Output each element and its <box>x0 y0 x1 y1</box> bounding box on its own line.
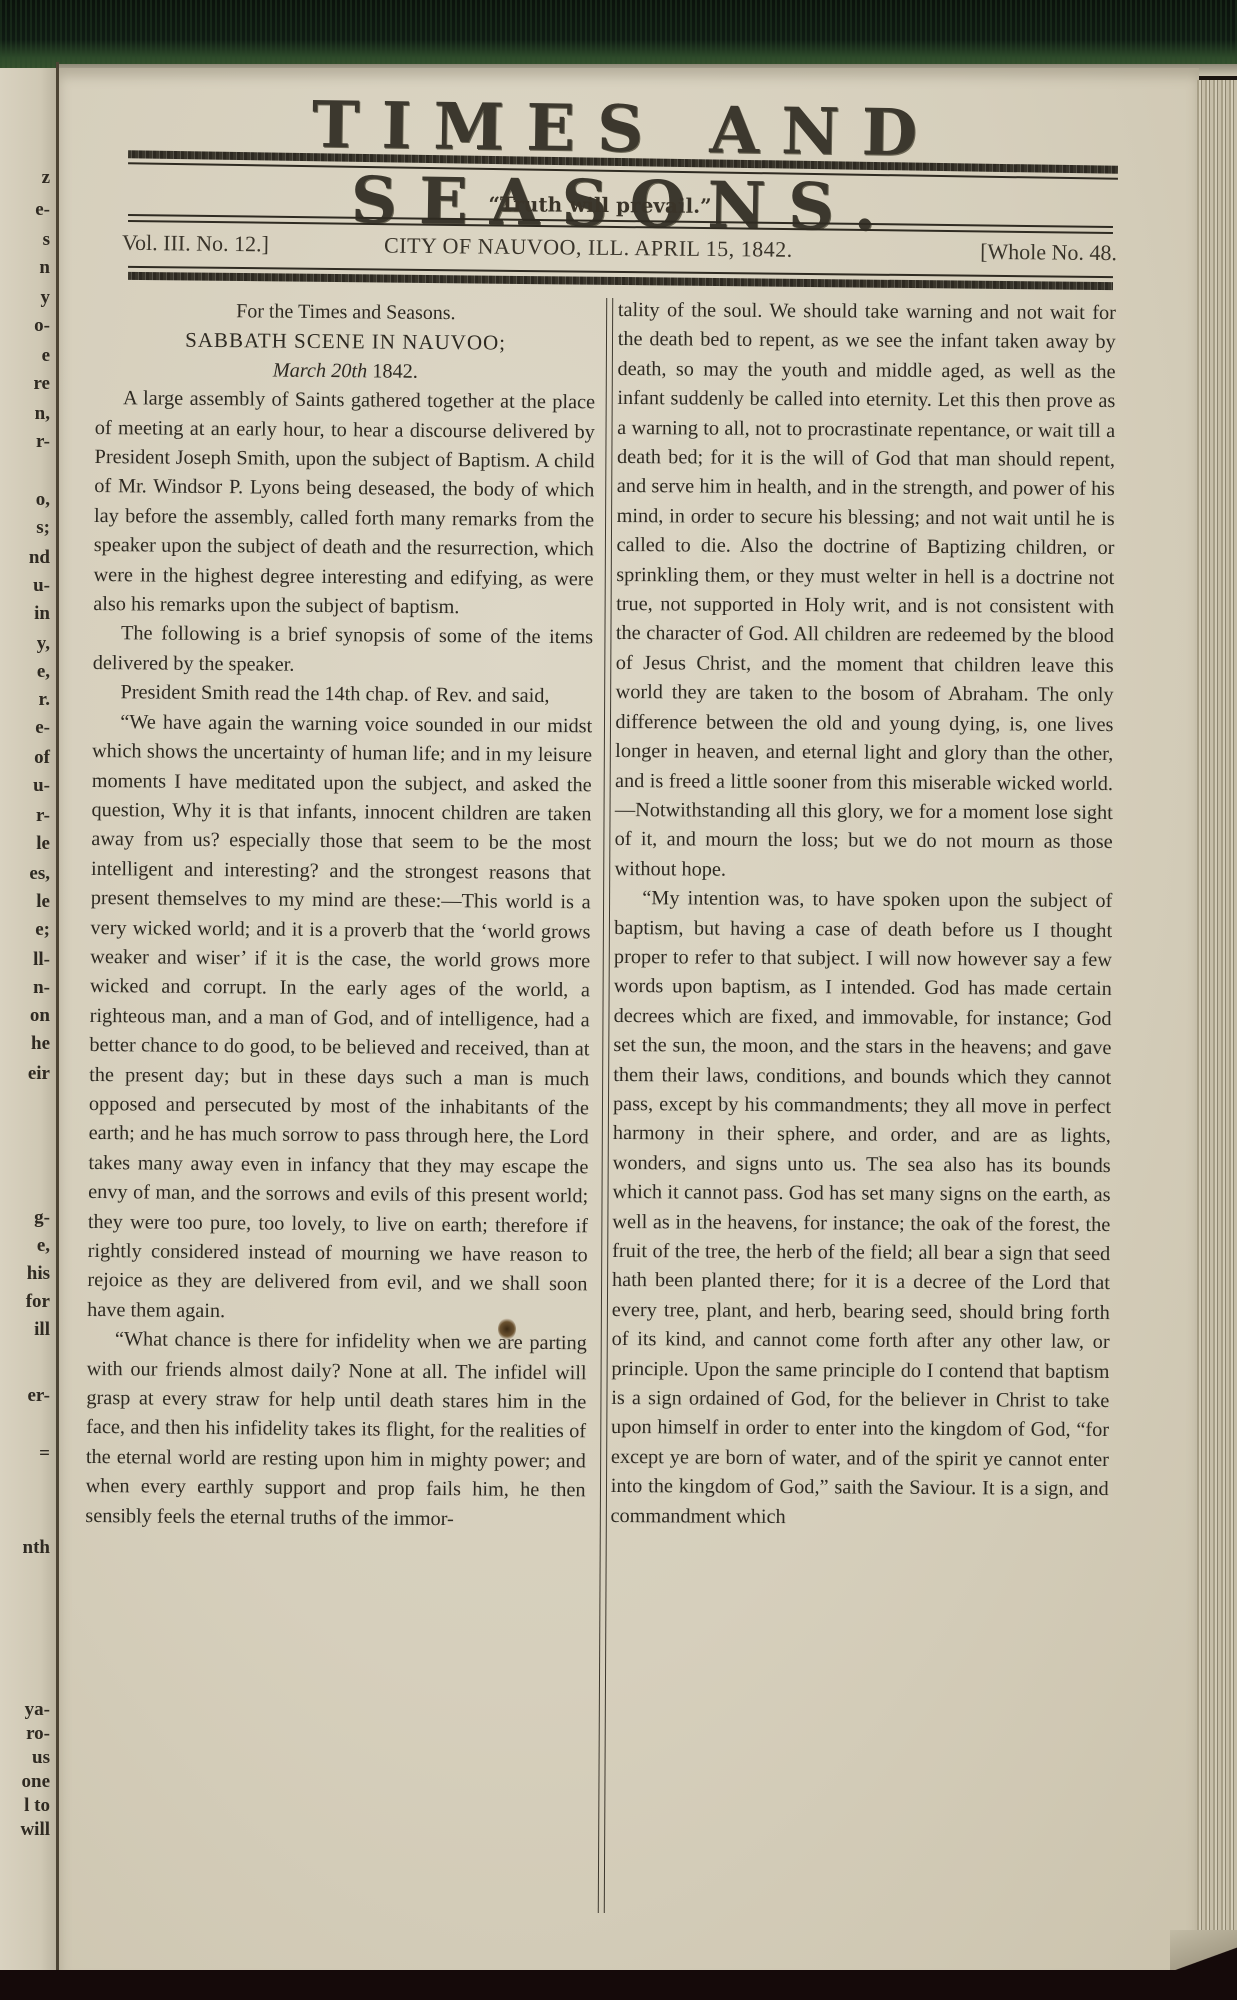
left-page-text-fragment: o, <box>36 490 50 509</box>
page-fore-edge <box>1197 80 1237 1960</box>
left-page-text-fragment: on <box>30 1006 50 1025</box>
paragraph: President Smith read the 14th chap. of R… <box>92 678 592 712</box>
left-page-text-fragment: e- <box>35 718 50 737</box>
left-page-text-fragment: e- <box>35 200 50 219</box>
left-page-text-fragment: er- <box>28 1386 51 1405</box>
left-page-text-fragment: l to <box>24 1796 50 1815</box>
left-page-text-fragment: o- <box>34 316 50 335</box>
left-page-text-fragment: he <box>31 1034 50 1053</box>
article-source: For the Times and Seasons. <box>96 296 596 330</box>
paragraph: “What chance is there for infidelity whe… <box>85 1325 587 1535</box>
place-and-date: CITY OF NAUVOO, ILL. APRIL 15, 1842. <box>384 233 793 263</box>
left-page-text-fragment: = <box>39 1444 50 1463</box>
left-page-text-fragment: nd <box>29 548 50 567</box>
whole-number: [Whole No. 48. <box>980 239 1117 266</box>
article-column-right: tality of the soul. We should take warni… <box>610 296 1116 1534</box>
left-page-text-fragment: e, <box>37 1236 50 1255</box>
left-page-text-fragment: es, <box>29 864 50 883</box>
left-page-text-fragment: e; <box>35 920 50 939</box>
left-page-text-fragment: n <box>39 258 50 277</box>
article-date-year: 1842. <box>367 360 418 382</box>
left-page-text-fragment: s <box>43 230 50 249</box>
left-page-text-fragment: le <box>36 892 50 911</box>
left-page-text-fragment: ll- <box>33 950 50 969</box>
book-binding-bottom <box>0 1970 1237 2000</box>
left-page-text-fragment: s; <box>36 518 50 537</box>
left-page-text-fragment: us <box>32 1748 50 1767</box>
left-page-text-fragment: y <box>41 288 51 307</box>
left-page-text-fragment: r- <box>36 432 50 451</box>
left-page-text-fragment: le <box>36 834 50 853</box>
left-page-text-fragment: r. <box>39 690 50 709</box>
book-binding-top <box>0 0 1237 72</box>
left-page-text-fragment: u- <box>33 576 50 595</box>
left-page-text-fragment: n- <box>33 978 50 997</box>
left-page-text-fragment: nth <box>23 1538 50 1557</box>
paragraph: A large assembly of Saints gathered toge… <box>93 384 595 624</box>
volume-number: Vol. III. No. 12.] <box>122 230 269 258</box>
paragraph: “We have again the warning voice sounded… <box>87 708 592 1330</box>
paragraph: The following is a brief synopsis of som… <box>93 619 593 682</box>
paragraph: tality of the soul. We should take warni… <box>614 296 1116 887</box>
left-page-text-fragment: ill <box>34 1320 50 1339</box>
page-corner <box>1170 1930 1237 1975</box>
left-page-text-fragment: for <box>26 1292 50 1311</box>
ink-stain <box>498 1318 516 1340</box>
left-page-text-fragment: e <box>42 346 50 365</box>
left-page-text-fragment: g- <box>34 1208 50 1227</box>
article-date-italic: March 20th <box>273 359 368 382</box>
left-page-text-fragment: e, <box>37 662 50 681</box>
left-page-text-fragment: will <box>20 1820 50 1839</box>
left-page-text-fragment: n, <box>35 404 50 423</box>
left-page-text-fragment: eir <box>28 1064 50 1083</box>
left-page-text-fragment: of <box>34 748 50 767</box>
article-date: March 20th 1842. <box>95 355 595 389</box>
left-page-text-fragment: re <box>33 374 50 393</box>
left-page-text-fragment: y, <box>37 634 50 653</box>
left-page-sliver: ze-snyo-eren,r-o,s;ndu-iny,e,r.e-ofu-r-l… <box>0 68 58 1976</box>
left-page-text-fragment: his <box>27 1264 50 1283</box>
article-title: SABBATH SCENE IN NAUVOO; <box>95 325 595 359</box>
left-page-text-fragment: ro- <box>26 1724 50 1743</box>
left-page-text-fragment: r- <box>36 806 50 825</box>
article-column-left: For the Times and Seasons. SABBATH SCENE… <box>85 296 596 1535</box>
left-page-text-fragment: z <box>42 168 50 187</box>
left-page-text-fragment: in <box>34 604 50 623</box>
paragraph: “My intention was, to have spoken upon t… <box>610 884 1112 1534</box>
left-page-text-fragment: u- <box>33 776 50 795</box>
left-page-text-fragment: one <box>22 1772 51 1791</box>
left-page-text-fragment: ya- <box>25 1700 50 1719</box>
